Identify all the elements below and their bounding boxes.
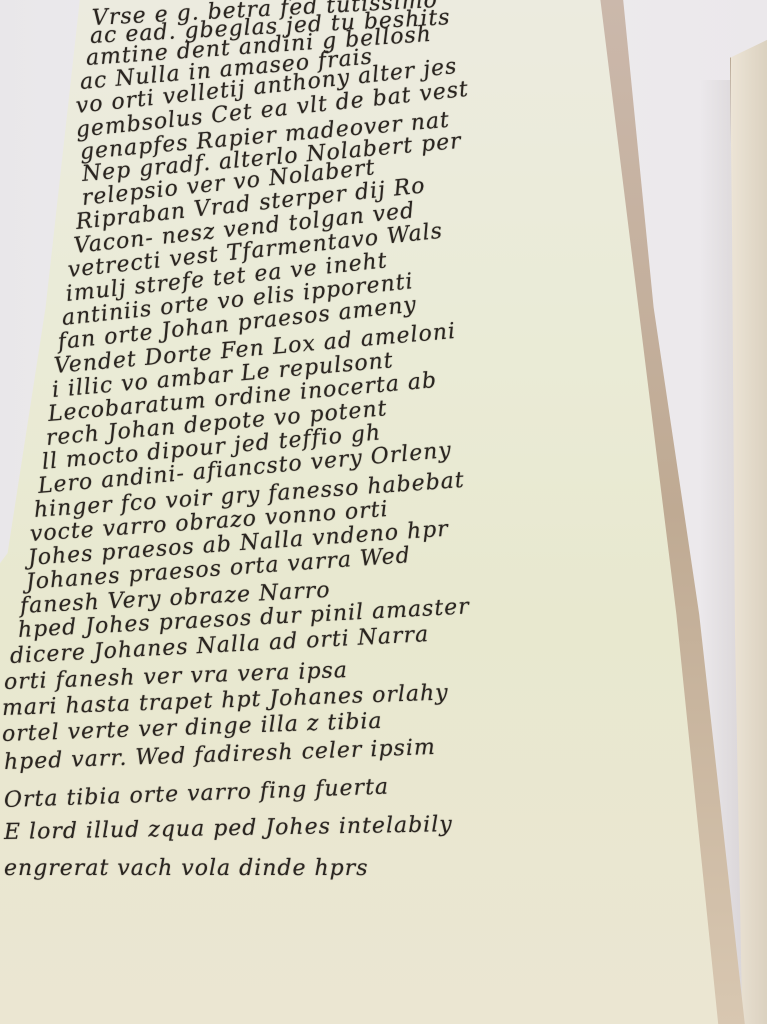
manuscript-line: engrerat vach vola dinde hprs [4,856,369,881]
manuscript-line: Orta tibia orte varro fing fuerta [4,775,390,813]
manuscript-line: E lord illud zqua ped Johes intelabily [4,812,453,845]
manuscript-text: Vrse e g. betra fed tutissimoac ead. gbe… [0,0,760,1024]
